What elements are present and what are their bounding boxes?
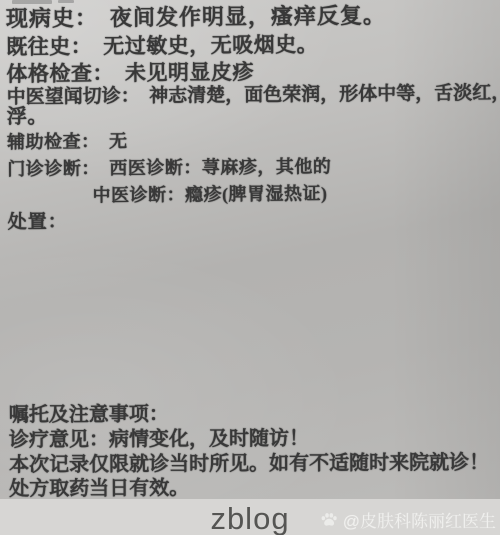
record-text-lower-block: 嘱托及注意事项： 诊疗意见：病情变化，及时随访！ 本次记录仅限就诊当时所见。如有… [0, 0, 500, 500]
record-line-treatment-advice: 诊疗意见：病情变化，及时随访！ [9, 428, 309, 453]
site-watermark: zblog [210, 503, 289, 534]
author-handle-text: @皮肤科陈丽红医生 [343, 507, 496, 532]
record-line-prescription-validity: 处方取药当日有效。 [9, 477, 189, 500]
record-line-instructions-heading: 嘱托及注意事项： [9, 403, 169, 427]
medical-record-photo: 现病史： 夜间发作明显，瘙痒反复。 既往史： 无过敏史，无吸烟史。 体格检查： … [0, 0, 500, 500]
bottom-bar: zblog @皮肤科陈丽红医生 [0, 499, 500, 535]
screenshot-frame: 现病史： 夜间发作明显，瘙痒反复。 既往史： 无过敏史，无吸烟史。 体格检查： … [0, 0, 500, 535]
record-line-visit-disclaimer: 本次记录仅限就诊当时所见。如有不适随时来院就诊！ [9, 452, 489, 478]
author-watermark: @皮肤科陈丽红医生 [320, 507, 496, 532]
paw-icon [320, 512, 338, 528]
